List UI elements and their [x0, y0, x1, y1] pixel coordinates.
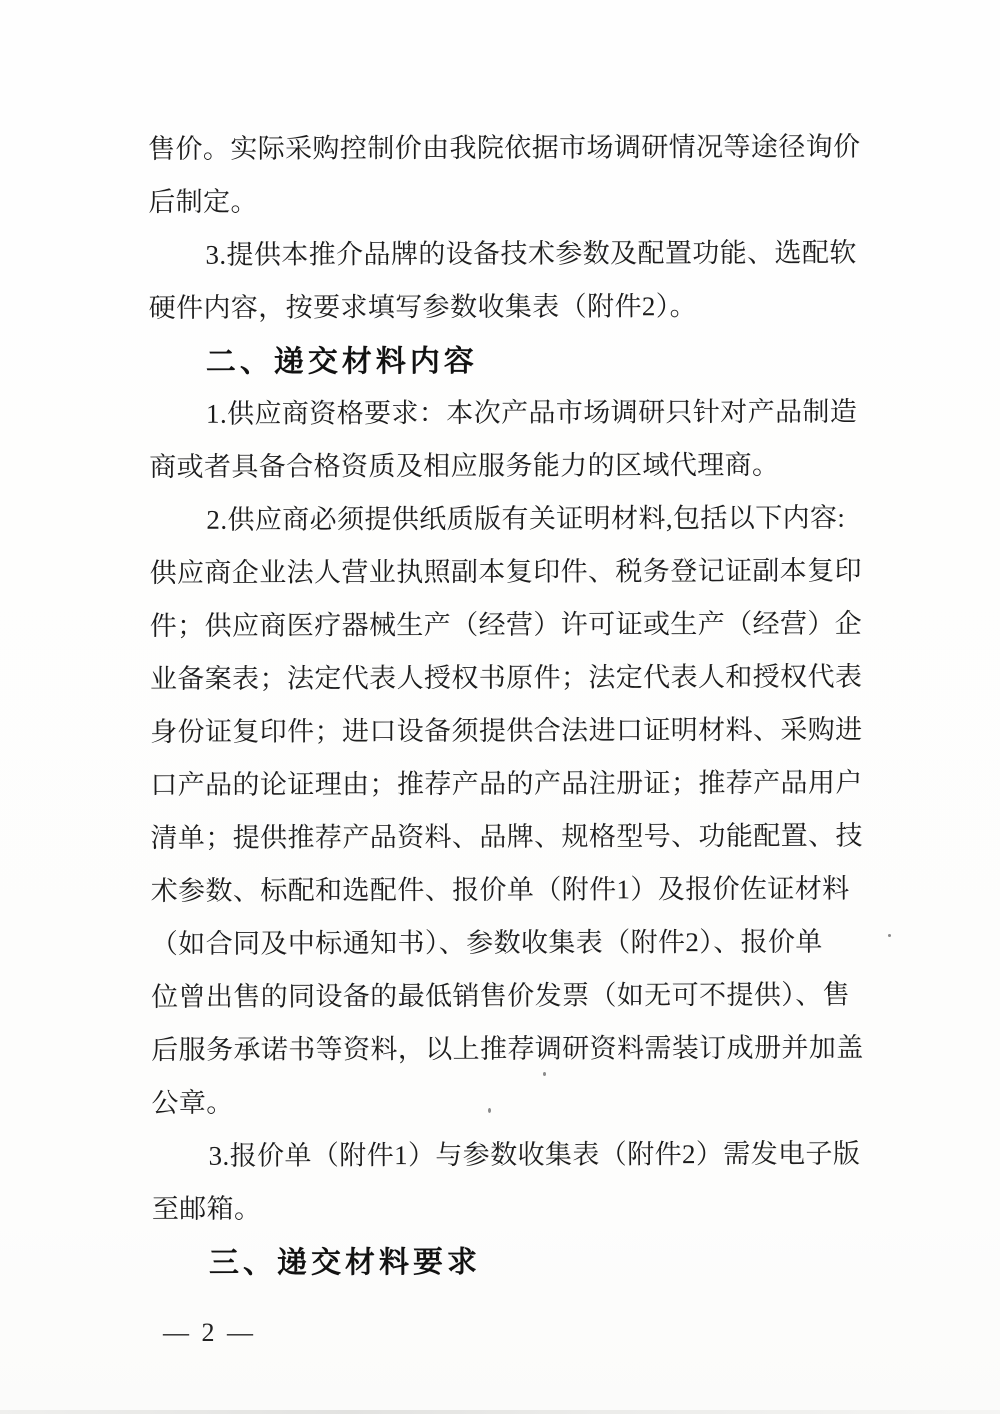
- section-heading-2: 二、递交材料内容: [149, 330, 861, 385]
- document-line: 供应商企业法人营业执照副本复印件、税务登记证副本复印: [149, 542, 861, 597]
- document-line: （如合同及中标通知书）、参数收集表（附件2）、报价单: [151, 913, 863, 968]
- section-heading-3: 三、递交材料要求: [152, 1231, 864, 1286]
- document-line: 售价。实际采购控制价由我院依据市场调研情况等途径询价: [148, 118, 860, 173]
- document-line: 件；供应商医疗器械生产（经营）许可证或生产（经营）企: [150, 595, 862, 650]
- document-line: 位曾出售的同设备的最低销售价发票（如无可不提供）、售: [151, 966, 863, 1021]
- document-line: 3.报价单（附件1）与参数收集表（附件2）需发电子版: [152, 1125, 864, 1180]
- document-line: 3.提供本推介品牌的设备技术参数及配置功能、选配软: [148, 224, 860, 279]
- document-line: 1.供应商资格要求：本次产品市场调研只针对产品制造: [149, 383, 861, 438]
- document-line: 后服务承诺书等资料，以上推荐调研资料需装订成册并加盖: [151, 1019, 863, 1074]
- document-text-block: 售价。实际采购控制价由我院依据市场调研情况等途径询价 后制定。 3.提供本推介品…: [148, 118, 864, 1286]
- page-number: — 2 —: [163, 1318, 256, 1348]
- document-line: 硬件内容，按要求填写参数收集表（附件2）。: [149, 277, 861, 332]
- page-edge-shadow: [0, 1410, 1000, 1414]
- scan-speck: [543, 1072, 546, 1076]
- document-line: 后制定。: [148, 171, 860, 226]
- document-line: 业备案表；法定代表人授权书原件；法定代表人和授权代表: [150, 648, 862, 703]
- document-line: 公章。: [151, 1072, 863, 1127]
- document-line: 口产品的论证理由；推荐产品的产品注册证；推荐产品用户: [150, 754, 862, 809]
- document-page: 售价。实际采购控制价由我院依据市场调研情况等途径询价 后制定。 3.提供本推介品…: [0, 0, 1000, 1414]
- scan-speck: [488, 1108, 491, 1113]
- document-line: 至邮箱。: [152, 1178, 864, 1233]
- document-line: 清单；提供推荐产品资料、品牌、规格型号、功能配置、技: [150, 807, 862, 862]
- document-line: 商或者具备合格资质及相应服务能力的区域代理商。: [149, 436, 861, 491]
- document-line: 术参数、标配和选配件、报价单（附件1）及报价佐证材料: [151, 860, 863, 915]
- document-line: 2.供应商必须提供纸质版有关证明材料,包括以下内容:: [149, 489, 861, 544]
- scan-speck: [888, 934, 891, 937]
- document-line: 身份证复印件；进口设备须提供合法进口证明材料、采购进: [150, 701, 862, 756]
